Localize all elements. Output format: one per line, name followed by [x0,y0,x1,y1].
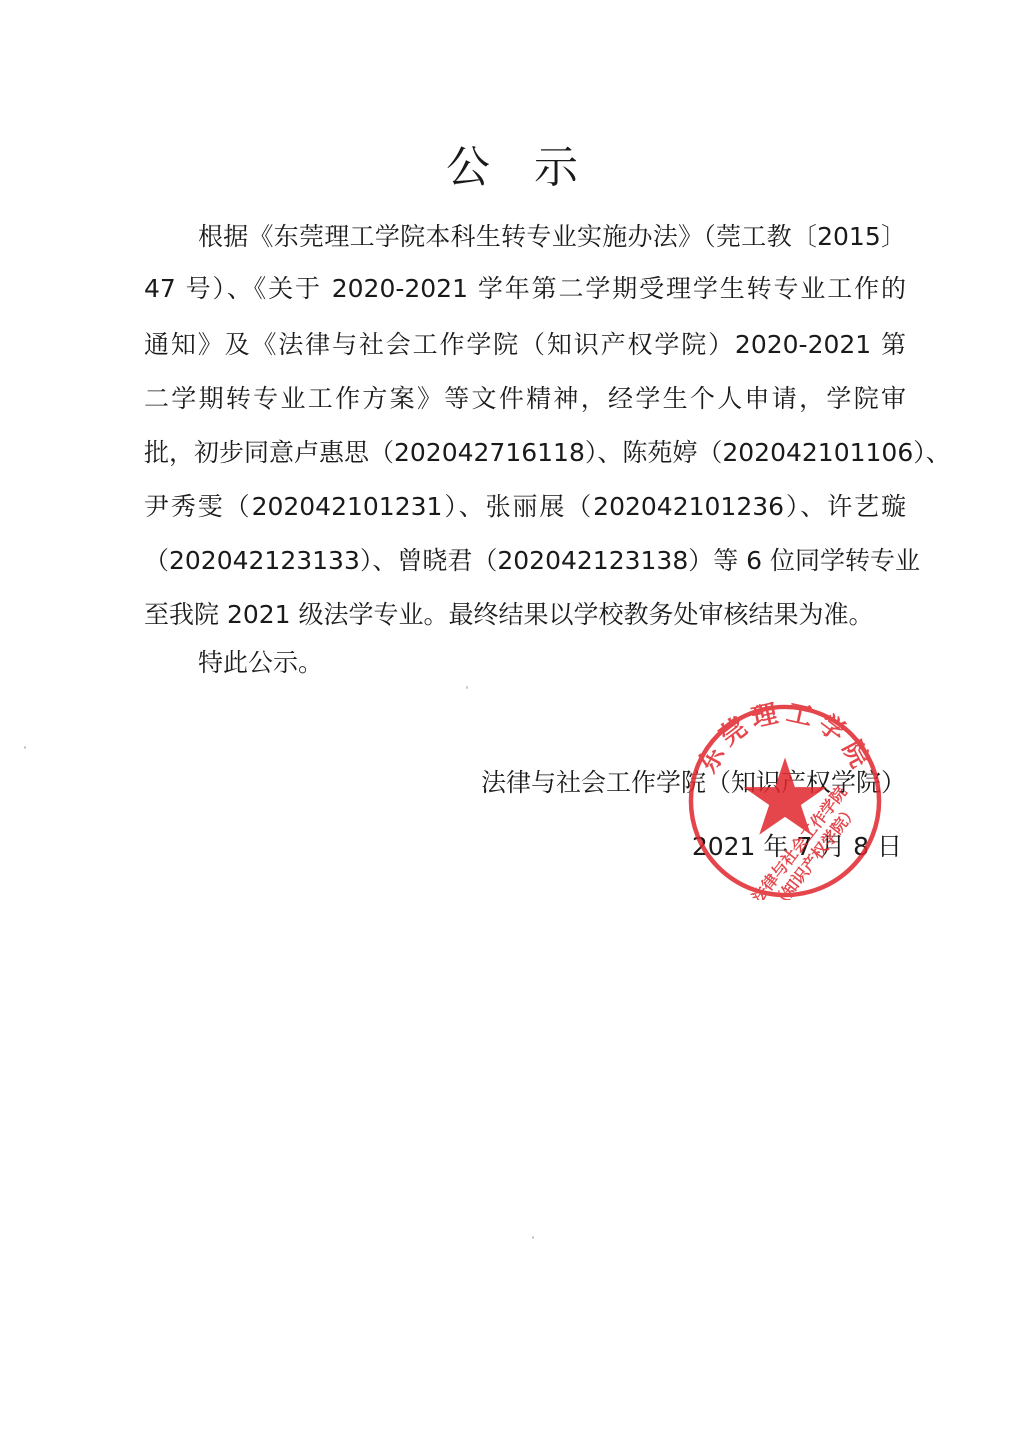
document-page: 公示 根据《东莞理工学院本科生转专业实施办法》（莞工教〔2015〕 47 号）、… [0,0,1024,1448]
signature-date: 2021 年 7 月 8 日 [600,830,902,864]
signature-organization: 法律与社会工作学院（知识产权学院） [436,766,906,800]
official-seal: 东莞理工学院 法律与社会工作学院 （知识产权学院） [686,702,884,900]
scan-speck [532,1236,534,1239]
scan-speck [466,686,468,689]
paragraph-line-5: 批，初步同意卢惠思（202042716118）、陈苑婷（202042101106… [144,436,906,470]
paragraph-line-4: 二学期转专业工作方案》等文件精神，经学生个人申请，学院审 [144,382,906,416]
paragraph-line-1: 根据《东莞理工学院本科生转专业实施办法》（莞工教〔2015〕 [198,220,906,254]
paragraph-line-8: 至我院 2021 级法学专业。最终结果以学校教务处审核结果为准。 [144,598,906,632]
paragraph-line-3: 通知》及《法律与社会工作学院（知识产权学院）2020-2021 第 [144,328,906,362]
paragraph-line-6: 尹秀雯（202042101231）、张丽展（202042101236）、许艺璇 [144,490,906,524]
scan-speck [24,746,26,749]
paragraph-line-7: （202042123133）、曾晓君（202042123138）等 6 位同学转… [144,544,906,578]
page-title: 公示 [0,138,1024,198]
closing-statement: 特此公示。 [198,646,323,680]
paragraph-line-2: 47 号）、《关于 2020-2021 学年第二学期受理学生转专业工作的 [144,272,906,306]
